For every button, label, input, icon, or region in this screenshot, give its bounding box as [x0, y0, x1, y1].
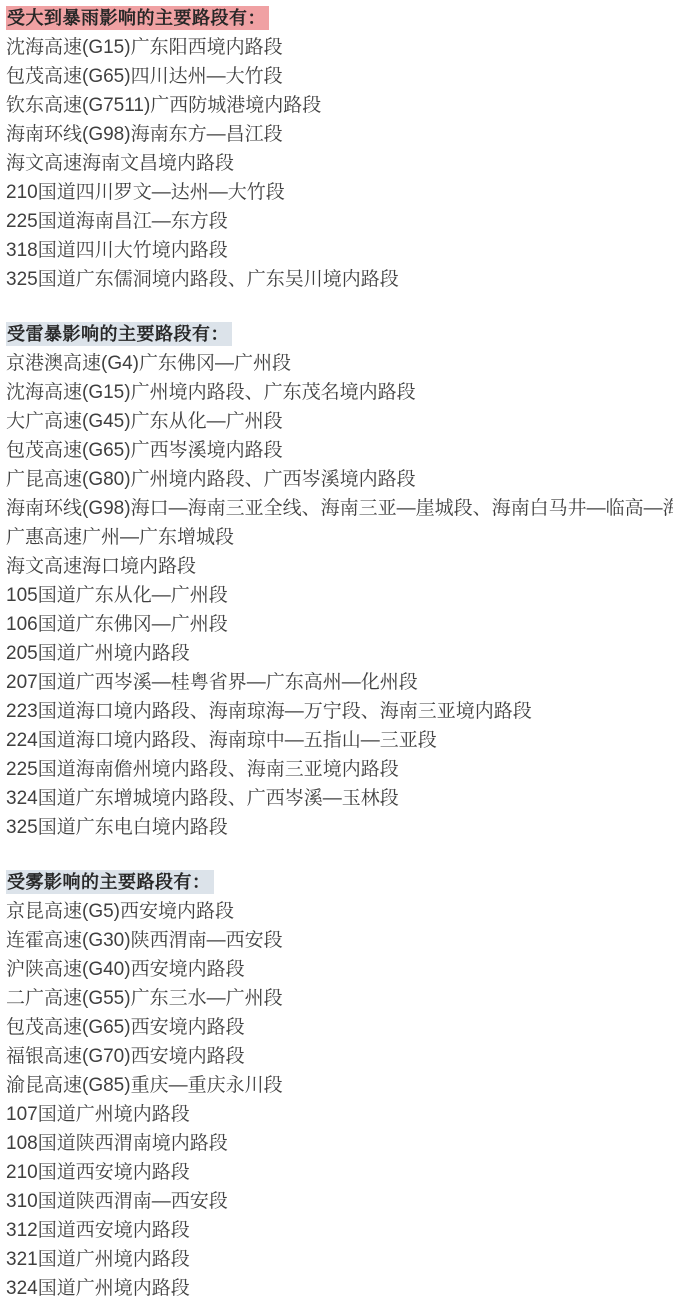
road-segment-line: 325国道广东儒洞境内路段、广东吴川境内路段: [6, 265, 667, 294]
road-segment-line: 钦东高速(G7511)广西防城港境内路段: [6, 91, 667, 120]
section-header: 受雾影响的主要路段有：: [6, 868, 667, 897]
road-segment-line: 沪陕高速(G40)西安境内路段: [6, 955, 667, 984]
weather-section-fog: 受雾影响的主要路段有： 京昆高速(G5)西安境内路段 连霍高速(G30)陕西渭南…: [6, 868, 667, 1303]
road-segment-line: 224国道海口境内路段、海南琼中—五指山—三亚段: [6, 726, 667, 755]
weather-section-heavy-rain: 受大到暴雨影响的主要路段有： 沈海高速(G15)广东阳西境内路段 包茂高速(G6…: [6, 4, 667, 294]
road-segment-line: 207国道广西岑溪—桂粤省界—广东高州—化州段: [6, 668, 667, 697]
road-segment-line: 包茂高速(G65)四川达州—大竹段: [6, 62, 667, 91]
section-header-highlight: 受雷暴影响的主要路段有：: [6, 322, 232, 346]
road-segment-line: 324国道广州境内路段: [6, 1274, 667, 1303]
road-segment-line: 连霍高速(G30)陕西渭南—西安段: [6, 926, 667, 955]
road-segment-line: 渝昆高速(G85)重庆—重庆永川段: [6, 1071, 667, 1100]
road-segment-line: 福银高速(G70)西安境内路段: [6, 1042, 667, 1071]
road-segment-line: 二广高速(G55)广东三水—广州段: [6, 984, 667, 1013]
road-segment-line: 海文高速海口境内路段: [6, 552, 667, 581]
road-segment-line: 321国道广州境内路段: [6, 1245, 667, 1274]
road-segment-line: 105国道广东从化—广州段: [6, 581, 667, 610]
road-segment-line: 海文高速海南文昌境内路段: [6, 149, 667, 178]
road-segment-line: 225国道海南昌江—东方段: [6, 207, 667, 236]
section-header: 受雷暴影响的主要路段有：: [6, 320, 667, 349]
road-segment-line: 225国道海南儋州境内路段、海南三亚境内路段: [6, 755, 667, 784]
section-header-highlight: 受大到暴雨影响的主要路段有：: [6, 6, 269, 30]
road-segment-line: 210国道四川罗文—达州—大竹段: [6, 178, 667, 207]
road-segment-line: 广昆高速(G80)广州境内路段、广西岑溪境内路段: [6, 465, 667, 494]
section-header-highlight: 受雾影响的主要路段有：: [6, 870, 214, 894]
road-segment-line: 包茂高速(G65)西安境内路段: [6, 1013, 667, 1042]
road-segment-line: 海南环线(G98)海南东方—昌江段: [6, 120, 667, 149]
road-segment-line: 312国道西安境内路段: [6, 1216, 667, 1245]
road-segment-line: 沈海高速(G15)广东阳西境内路段: [6, 33, 667, 62]
road-segment-line: 223国道海口境内路段、海南琼海—万宁段、海南三亚境内路段: [6, 697, 667, 726]
road-segment-line: 310国道陕西渭南—西安段: [6, 1187, 667, 1216]
road-segment-line: 107国道广州境内路段: [6, 1100, 667, 1129]
road-report: 受大到暴雨影响的主要路段有： 沈海高速(G15)广东阳西境内路段 包茂高速(G6…: [0, 0, 673, 1303]
road-segment-line: 广惠高速广州—广东增城段: [6, 523, 667, 552]
section-header: 受大到暴雨影响的主要路段有：: [6, 4, 667, 33]
road-segment-line: 324国道广东增城境内路段、广西岑溪—玉林段: [6, 784, 667, 813]
road-segment-line: 205国道广州境内路段: [6, 639, 667, 668]
road-segment-line: 318国道四川大竹境内路段: [6, 236, 667, 265]
road-segment-line: 京昆高速(G5)西安境内路段: [6, 897, 667, 926]
road-segment-line: 包茂高速(G65)广西岑溪境内路段: [6, 436, 667, 465]
road-segment-line: 108国道陕西渭南境内路段: [6, 1129, 667, 1158]
road-segment-line: 大广高速(G45)广东从化—广州段: [6, 407, 667, 436]
road-segment-line: 沈海高速(G15)广州境内路段、广东茂名境内路段: [6, 378, 667, 407]
weather-section-thunderstorm: 受雷暴影响的主要路段有： 京港澳高速(G4)广东佛冈—广州段 沈海高速(G15)…: [6, 320, 667, 842]
road-segment-line: 325国道广东电白境内路段: [6, 813, 667, 842]
road-segment-line: 106国道广东佛冈—广州段: [6, 610, 667, 639]
road-segment-line: 京港澳高速(G4)广东佛冈—广州段: [6, 349, 667, 378]
road-segment-line: 210国道西安境内路段: [6, 1158, 667, 1187]
road-segment-line: 海南环线(G98)海口—海南三亚全线、海南三亚—崖城段、海南白马井—临高—海口段: [6, 494, 667, 523]
